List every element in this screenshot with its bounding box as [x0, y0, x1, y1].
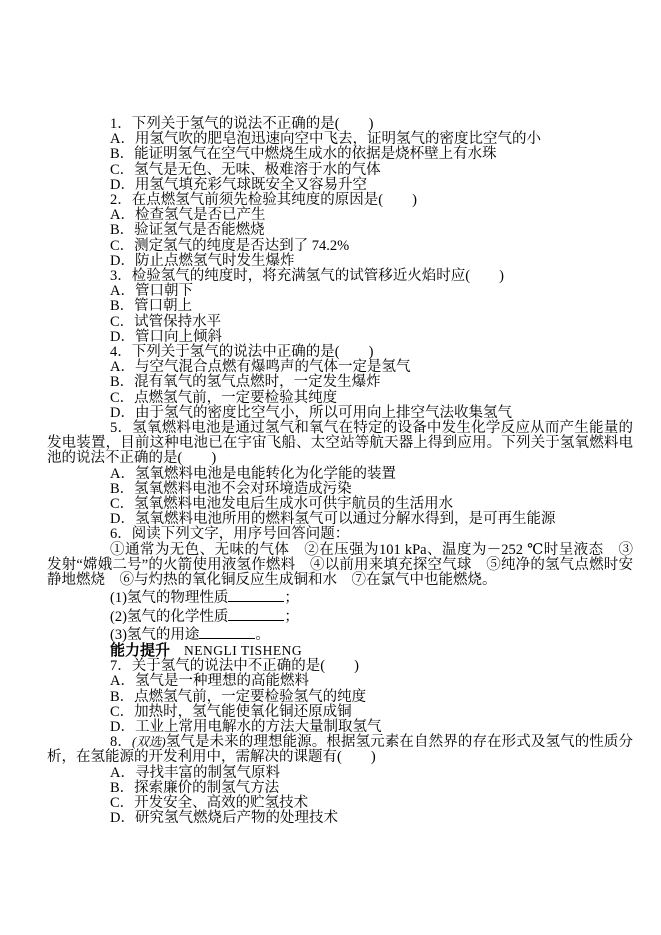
- fill-blank-label: (3)氢气的用途: [110, 627, 199, 643]
- question-option: D．工业上常用电解水的方法大量制取氢气: [47, 720, 633, 735]
- question-option: D．由于氢气的密度比空气小，所以可用向上排空气法收集氢气: [47, 406, 633, 421]
- question-option: C．试管保持水平: [47, 315, 633, 330]
- blank-underline: [199, 625, 255, 639]
- question-option: A．寻找丰富的制氢气原料: [47, 766, 633, 781]
- question-option: B．能证明氢气在空气中燃烧生成水的依据是烧杯壁上有水珠: [47, 147, 633, 162]
- question-option: B．探索廉价的制氢气方法: [47, 781, 633, 796]
- question-option: B．氢氧燃料电池不会对环境造成污染: [47, 482, 633, 497]
- fill-blank-line: (2)氢气的化学性质；: [47, 607, 633, 625]
- question-option: D．研究氢气燃烧后产物的处理技术: [47, 811, 633, 826]
- question-option: D．防止点燃氢气时发生爆炸: [47, 254, 633, 269]
- fill-blank-line: (3)氢气的用途。: [47, 625, 633, 643]
- question-stem: 5．氢氧燃料电池是通过氢气和氧气在特定的设备中发生化学反应从而产生能量的发电装置…: [47, 421, 633, 467]
- question-option: B．管口朝上: [47, 299, 633, 314]
- worksheet-page: 1．下列关于氢气的说法不正确的是( ) A．用氢气吹的肥皂泡迅速向空中飞去，证明…: [0, 0, 661, 935]
- question-option: D．用氢气填充彩气球既安全又容易升空: [47, 178, 633, 193]
- worksheet-body: 1．下列关于氢气的说法不正确的是( ) A．用氢气吹的肥皂泡迅速向空中飞去，证明…: [47, 117, 633, 826]
- question-option: C．氢气是无色、无味、极难溶于水的气体: [47, 163, 633, 178]
- section-title: 能力提升: [110, 642, 170, 659]
- fill-blank-line: (1)氢气的物理性质；: [47, 588, 633, 606]
- question-option: D．管口向上倾斜: [47, 330, 633, 345]
- question-option: C．开发安全、高效的贮氢技术: [47, 796, 633, 811]
- fill-blank-label: (1)氢气的物理性质: [110, 590, 228, 606]
- section-subtitle: NENGLI TISHENG: [184, 643, 302, 658]
- question-option: C．点燃氢气前，一定要检验其纯度: [47, 391, 633, 406]
- question-option: C．氢氧燃料电池发电后生成水可供宇航员的生活用水: [47, 497, 633, 512]
- question-stem: 8．(双选)氢气是未来的理想能源。根据氢元素在自然界的存在形式及氢气的性质分析，…: [47, 735, 633, 765]
- question-option: B．混有氧气的氢气点燃时，一定发生爆炸: [47, 375, 633, 390]
- question-stem: 6．阅读下列文字，用序号回答问题：: [47, 527, 633, 542]
- question-stem: 2．在点燃氢气前须先检验其纯度的原因是( ): [47, 193, 633, 208]
- question-option: C．测定氢气的纯度是否达到了 74.2%: [47, 239, 633, 254]
- question-option: C．加热时，氢气能使氧化铜还原成铜: [47, 705, 633, 720]
- question-stem: 1．下列关于氢气的说法不正确的是( ): [47, 117, 633, 132]
- question-stem: 4．下列关于氢气的说法中正确的是( ): [47, 345, 633, 360]
- question-option: B．点燃氢气前，一定要检验氢气的纯度: [47, 690, 633, 705]
- fill-blank-tail: 。: [255, 627, 270, 643]
- blank-underline: [228, 588, 284, 602]
- double-choice-note: (双选): [132, 735, 166, 749]
- question-option: B．验证氢气是否能燃烧: [47, 223, 633, 238]
- fill-blank-tail: ；: [284, 609, 299, 625]
- question-option: A．氢氧燃料电池是电能转化为化学能的装置: [47, 467, 633, 482]
- question-option: A．氢气是一种理想的高能燃料: [47, 674, 633, 689]
- question-stem: 3．检验氢气的纯度时，将充满氢气的试管移近火焰时应( ): [47, 269, 633, 284]
- fill-blank-tail: ；: [284, 590, 299, 606]
- blank-underline: [228, 607, 284, 621]
- question-number: 8．: [110, 734, 132, 750]
- section-header: 能力提升NENGLI TISHENG: [47, 643, 633, 659]
- question-passage: ①通常为无色、无味的气体 ②在压强为101 kPa、温度为－252 ℃时呈液态 …: [47, 543, 633, 589]
- fill-blank-label: (2)氢气的化学性质: [110, 609, 228, 625]
